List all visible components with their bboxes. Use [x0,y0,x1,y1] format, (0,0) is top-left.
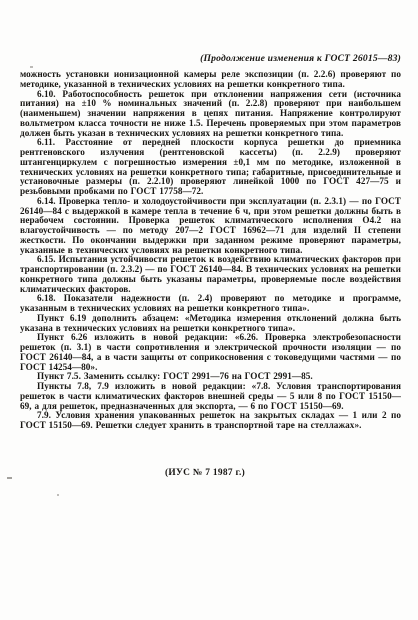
scan-artifact [57,494,59,496]
paragraph: 6.10. Работоспособность решеток при откл… [20,90,401,139]
paragraph: Пункт 6.19 дополнить абзацем: «Методика … [20,314,401,334]
paragraph: Пункт 6.26 изложить в новой редакции: «6… [20,333,401,372]
document-body: можность установки ионизационной камеры … [20,70,401,431]
paragraph: можность установки ионизационной камеры … [20,70,401,90]
document-page: (Продолжение изменения к ГОСТ 26015—83) … [0,0,418,620]
paragraph: 7.9. Условия хранения упакованных решето… [20,411,401,431]
scan-artifact [7,477,12,479]
paragraph: 6.18. Показатели надежности (п. 2.4) про… [20,294,401,314]
footer-note: (ИУС № 7 1987 г.) [0,468,410,478]
page-header: (Продолжение изменения к ГОСТ 26015—83) [20,53,401,64]
paragraph: 6.15. Испытания устойчивости решеток к в… [20,255,401,294]
paragraph: 6.14. Проверка тепло- и холодоустойчивос… [20,197,401,256]
scan-artifact [30,66,33,68]
paragraph: 6.11. Расстояние от передней плоскости к… [20,138,401,197]
paragraph: Пункты 7.8, 7.9 изложить в новой редакци… [20,382,401,411]
